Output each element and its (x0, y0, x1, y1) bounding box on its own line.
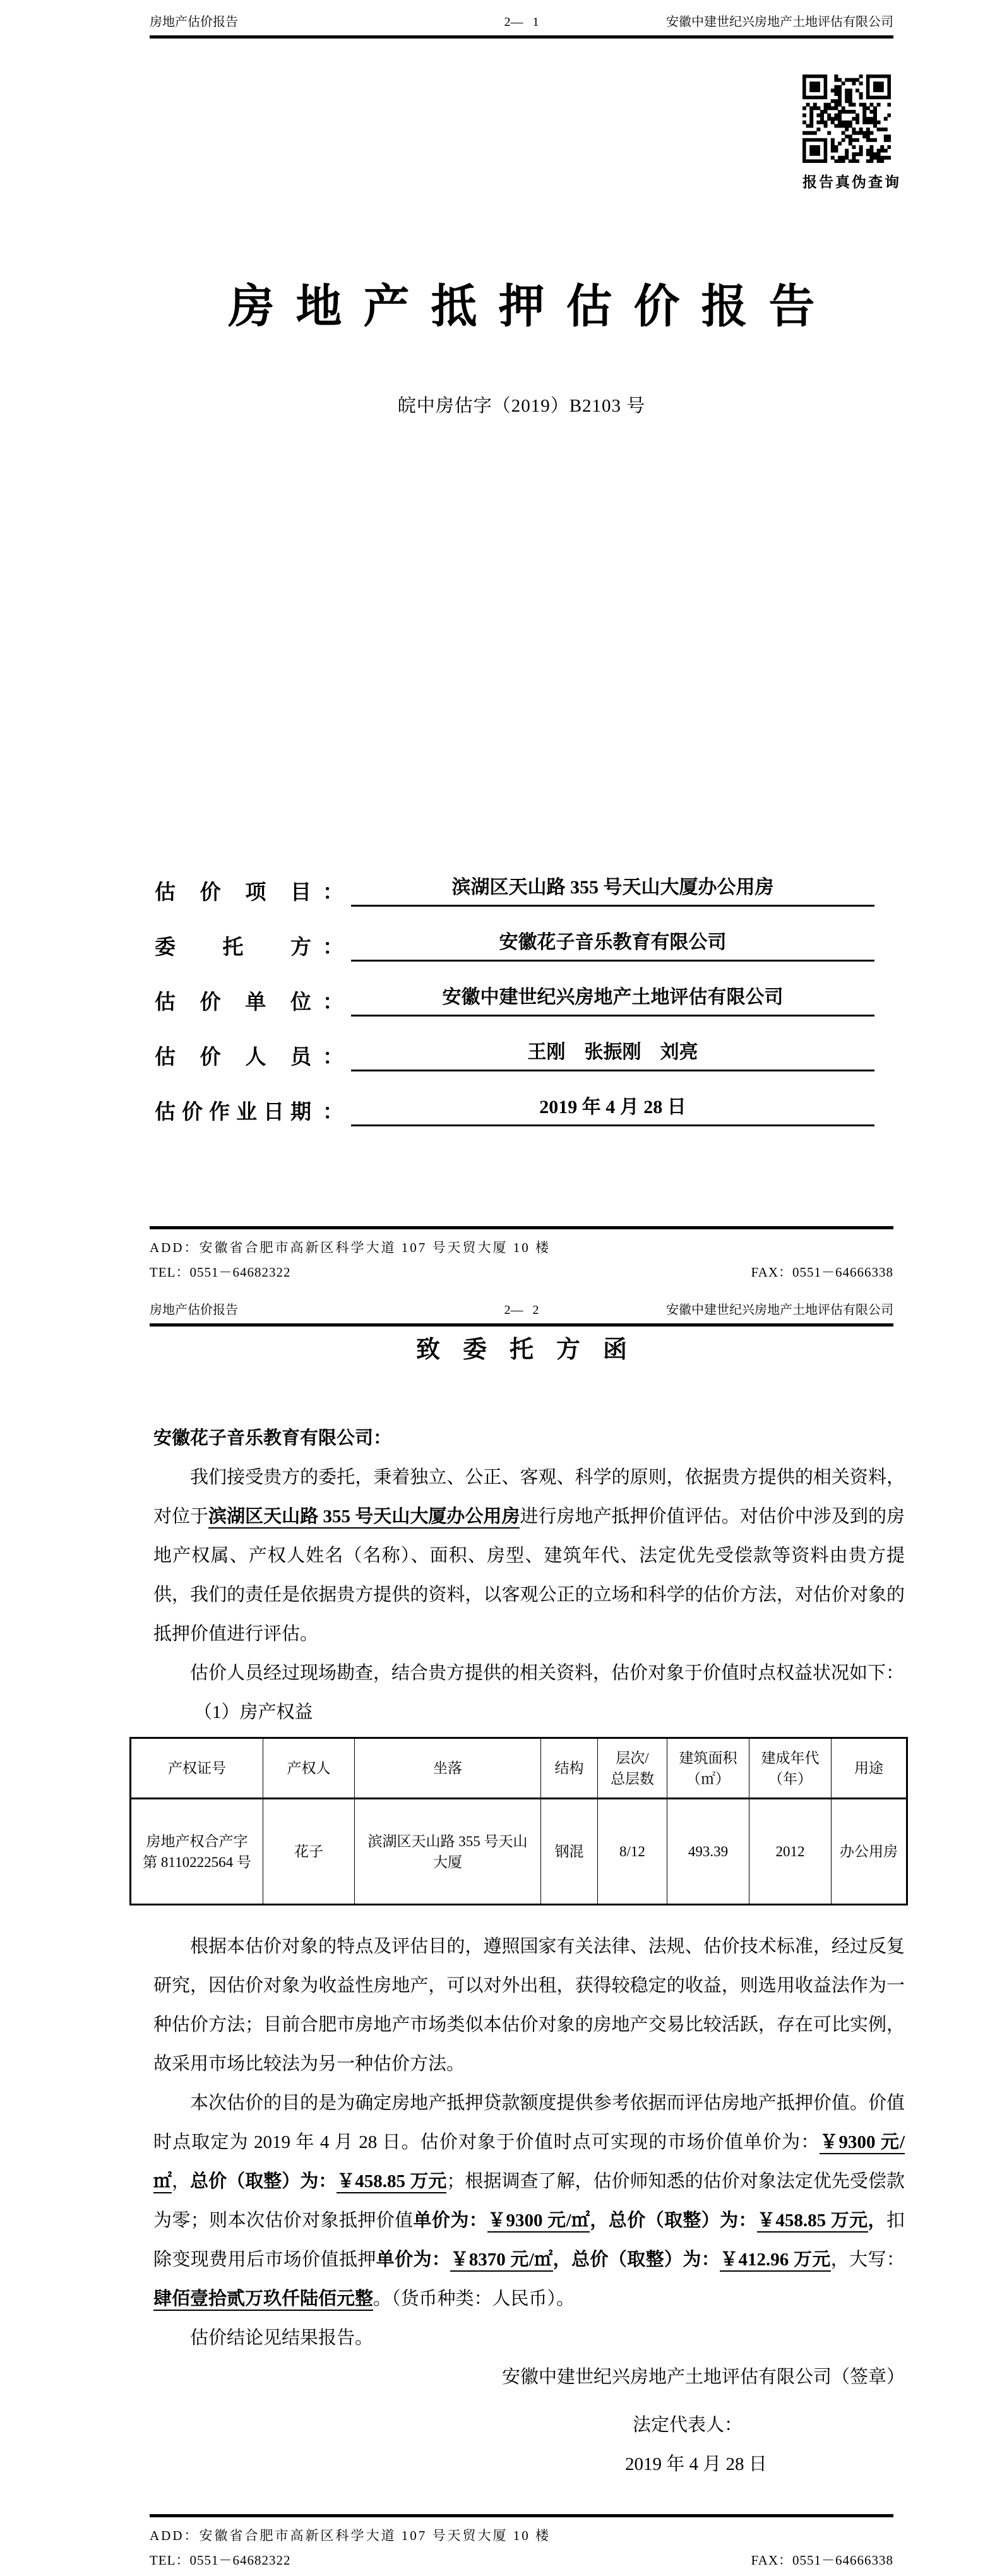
cell-year-built: 2012 (749, 1799, 832, 1905)
cell-use: 办公用房 (832, 1799, 907, 1905)
footer-address: ADD：安徽省合肥市高新区科学大道 107 号天贸大厦 10 楼 (150, 1237, 893, 1256)
field-appraisal-agency: 估价单位： 安徽中建世纪兴房地产土地评估有限公司 (155, 985, 874, 1017)
letter-title: 致委托方函 (150, 1330, 893, 1364)
field-label: 委托方 (155, 934, 311, 962)
paragraph-conclusion: 估价结论见结果报告。 (153, 2318, 905, 2358)
cell-structure: 钢混 (541, 1799, 598, 1905)
header-company-name: 安徽中建世纪兴房地产土地评估有限公司 (539, 1299, 894, 1318)
salutation: 安徽花子音乐教育有限公司： (153, 1419, 905, 1458)
field-appraisal-date: 估价作业日期： 2019 年 4 月 28 日 (155, 1095, 874, 1126)
signature-date: 2019 年 4 月 28 日 (153, 2445, 905, 2484)
paragraph-valuation-result: 本次估价的目的是为确定房地产抵押贷款额度提供参考依据而评估房地产抵押价值。价值时… (153, 2084, 905, 2318)
qr-caption: 报告真伪查询 (802, 170, 895, 191)
field-value: 2019 年 4 月 28 日 (351, 1095, 874, 1126)
field-value: 王刚 张振刚 刘亮 (351, 1040, 874, 1071)
header-company-name: 安徽中建世纪兴房地产土地评估有限公司 (539, 11, 894, 30)
table-row: 房地产权合产字 第 8110222564 号 花子 滨湖区天山路 355 号天山… (131, 1799, 907, 1905)
page-footer: ADD：安徽省合肥市高新区科学大道 107 号天贸大厦 10 楼 TEL：055… (150, 1226, 893, 1281)
letter-page: 房地产估价报告 2— 2 安徽中建世纪兴房地产土地评估有限公司 致委托方函 安徽… (0, 1288, 1002, 2576)
field-value: 滨湖区天山路 355 号天山大厦办公用房 (351, 875, 874, 907)
field-label: 估价单位 (155, 989, 311, 1017)
field-label: 估价项目 (155, 879, 311, 907)
report-verification-block: 报告真伪查询 (802, 75, 895, 191)
field-value: 安徽花子音乐教育有限公司 (351, 930, 874, 962)
header-page-number: 2— 1 (504, 15, 539, 30)
property-rights-table: 产权证号 产权人 坐落 结构 层次/ 总层数 建筑面积 （㎡） 建成年代 （年）… (129, 1737, 908, 1905)
field-colon: ： (323, 989, 343, 1017)
field-label: 估价作业日期 (155, 1099, 311, 1126)
footer-fax: FAX：0551－64666338 (751, 2550, 893, 2569)
field-label: 估价人员 (155, 1044, 311, 1071)
header-doc-type: 房地产估价报告 (150, 11, 504, 30)
qr-code (802, 75, 891, 163)
col-location: 坐落 (355, 1738, 541, 1799)
cover-fields: 估价项目： 滨湖区天山路 355 号天山大厦办公用房 委托方： 安徽花子音乐教育… (155, 875, 874, 1150)
cell-certificate-no: 房地产权合产字 第 8110222564 号 (131, 1799, 263, 1905)
col-owner: 产权人 (263, 1738, 355, 1799)
page-header: 房地产估价报告 2— 1 安徽中建世纪兴房地产土地评估有限公司 (150, 11, 893, 39)
scanned-appraisal-report: { "footer": { "address": "ADD：安徽省合肥市高新区科… (0, 0, 1002, 2576)
footer-address: ADD：安徽省合肥市高新区科学大道 107 号天贸大厦 10 楼 (150, 2525, 893, 2544)
paragraph-methods: 根据本估价对象的特点及评估目的，遵照国家有关法律、法规、估价技术标准，经过反复研… (153, 1927, 905, 2084)
paragraph-engagement: 我们接受贵方的委托，秉着独立、公正、客观、科学的原则，依据贵方提供的相关资料，对… (153, 1458, 905, 1654)
col-floor: 层次/ 总层数 (598, 1738, 667, 1799)
table-header-row: 产权证号 产权人 坐落 结构 层次/ 总层数 建筑面积 （㎡） 建成年代 （年）… (131, 1738, 907, 1799)
field-colon: ： (323, 1099, 343, 1126)
paragraph-survey: 估价人员经过现场勘查，结合贵方提供的相关资料，估价对象于价值时点权益状况如下： (153, 1654, 905, 1693)
cell-floor-area: 493.39 (667, 1799, 749, 1905)
report-title: 房地产抵押估价报告 (150, 280, 893, 333)
table-label: （1）房产权益 (153, 1693, 905, 1732)
header-doc-type: 房地产估价报告 (150, 1299, 504, 1318)
letter-body: 安徽花子音乐教育有限公司： 我们接受贵方的委托，秉着独立、公正、客观、科学的原则… (153, 1419, 905, 2484)
page-footer: ADD：安徽省合肥市高新区科学大道 107 号天贸大厦 10 楼 TEL：055… (150, 2514, 893, 2569)
col-structure: 结构 (541, 1738, 598, 1799)
cover-page: 房地产估价报告 2— 1 安徽中建世纪兴房地产土地评估有限公司 报告真伪查询 房… (0, 0, 1002, 1288)
footer-fax: FAX：0551－64666338 (751, 1262, 893, 1281)
footer-tel: TEL：0551－64682322 (150, 1262, 290, 1281)
field-appraisal-project: 估价项目： 滨湖区天山路 355 号天山大厦办公用房 (155, 875, 874, 907)
col-use: 用途 (832, 1738, 907, 1799)
header-page-number: 2— 2 (504, 1303, 539, 1318)
field-client: 委托方： 安徽花子音乐教育有限公司 (155, 930, 874, 962)
signature-company: 安徽中建世纪兴房地产土地评估有限公司（签章） (153, 2358, 905, 2397)
field-colon: ： (323, 1044, 343, 1071)
field-colon: ： (323, 934, 343, 962)
cell-location: 滨湖区天山路 355 号天山 大厦 (355, 1799, 541, 1905)
col-floor-area: 建筑面积 （㎡） (667, 1738, 749, 1799)
report-number: 皖中房估字（2019）B2103 号 (150, 391, 893, 417)
cell-floor: 8/12 (598, 1799, 667, 1905)
signature-legal-representative: 法定代表人： (153, 2406, 905, 2445)
field-value: 安徽中建世纪兴房地产土地评估有限公司 (351, 985, 874, 1017)
field-colon: ： (323, 879, 343, 907)
cell-owner: 花子 (263, 1799, 355, 1905)
page-header: 房地产估价报告 2— 2 安徽中建世纪兴房地产土地评估有限公司 (150, 1299, 893, 1327)
footer-tel: TEL：0551－64682322 (150, 2550, 290, 2569)
field-appraisers: 估价人员： 王刚 张振刚 刘亮 (155, 1040, 874, 1071)
col-certificate-no: 产权证号 (131, 1738, 263, 1799)
col-year-built: 建成年代 （年） (749, 1738, 832, 1799)
